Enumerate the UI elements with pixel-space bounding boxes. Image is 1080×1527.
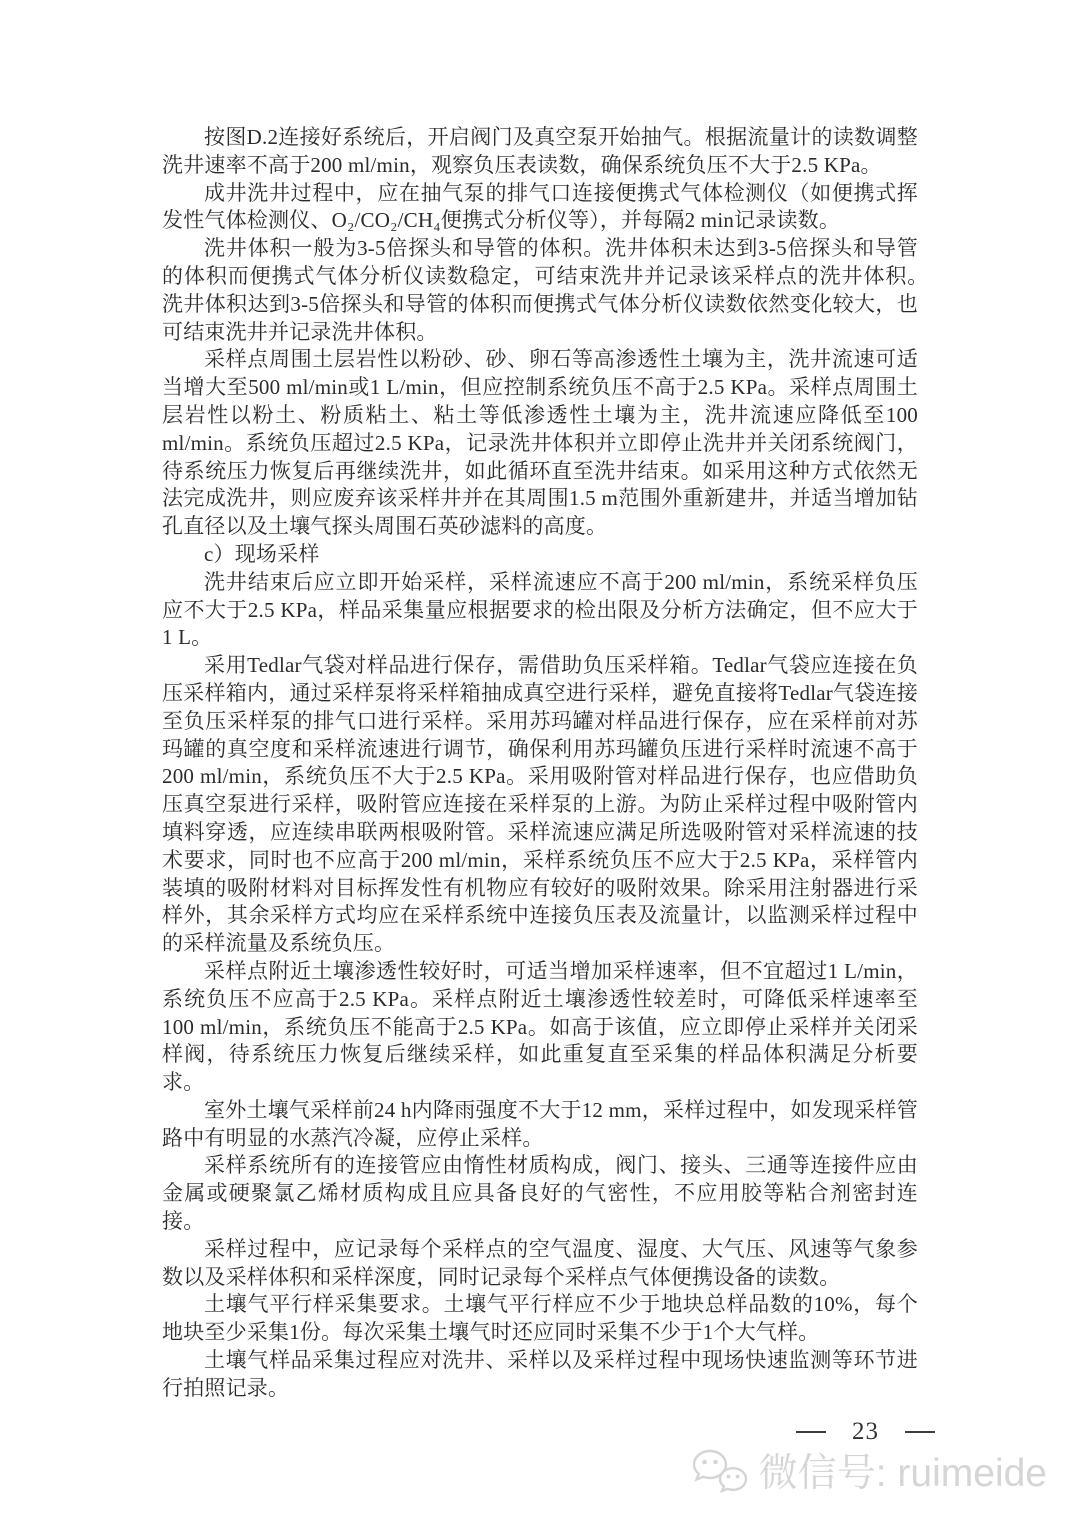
document-body: 按图D.2连接好系统后，开启阀门及真空泵开始抽气。根据流量计的读数调整洗井速率不…: [162, 124, 918, 1403]
document-page: 按图D.2连接好系统后，开启阀门及真空泵开始抽气。根据流量计的读数调整洗井速率不…: [0, 0, 1080, 1527]
wechat-icon: [689, 1448, 751, 1498]
paragraph: 采样过程中，应记录每个采样点的空气温度、湿度、大气压、风速等气象参数以及采样体积…: [162, 1236, 918, 1292]
paragraph: 采用Tedlar气袋对样品进行保存，需借助负压采样箱。Tedlar气袋应连接在负…: [162, 652, 918, 958]
paragraph: 洗井体积一般为3-5倍探头和导管的体积。洗井体积未达到3-5倍探头和导管的体积而…: [162, 235, 918, 346]
paragraph: 土壤气平行样采集要求。土壤气平行样应不少于地块总样品数的10%，每个地块至少采集…: [162, 1291, 918, 1347]
paragraph: 土壤气样品采集过程应对洗井、采样以及采样过程中现场快速监测等环节进行拍照记录。: [162, 1347, 918, 1403]
paragraph: 按图D.2连接好系统后，开启阀门及真空泵开始抽气。根据流量计的读数调整洗井速率不…: [162, 124, 918, 180]
page-number: 23: [796, 1418, 935, 1446]
paragraph: 成井洗井过程中，应在抽气泵的排气口连接便携式气体检测仪（如便携式挥发性气体检测仪…: [162, 180, 918, 236]
page-number-value: 23: [852, 1418, 879, 1446]
watermark-text: 微信号: ruimeide: [759, 1454, 1047, 1493]
paragraph: 采样系统所有的连接管应由惰性材质构成，阀门、接头、三通等连接件应由金属或硬聚氯乙…: [162, 1152, 918, 1235]
paragraph: 采样点附近土壤渗透性较好时，可适当增加采样速率，但不宜超过1 L/min，系统负…: [162, 958, 918, 1097]
page-number-dash-left: [796, 1431, 826, 1433]
section-heading-field-sampling: c）现场采样: [162, 541, 918, 569]
paragraph: 洗井结束后应立即开始采样，采样流速应不高于200 ml/min，系统采样负压应不…: [162, 569, 918, 652]
page-number-dash-right: [905, 1431, 935, 1433]
paragraph: 室外土壤气采样前24 h内降雨强度不大于12 mm，采样过程中，如发现采样管路中…: [162, 1097, 918, 1153]
paragraph: 采样点周围土层岩性以粉砂、砂、卵石等高渗透性土壤为主，洗井流速可适当增大至500…: [162, 346, 918, 541]
watermark: 微信号: ruimeide: [689, 1448, 1047, 1498]
